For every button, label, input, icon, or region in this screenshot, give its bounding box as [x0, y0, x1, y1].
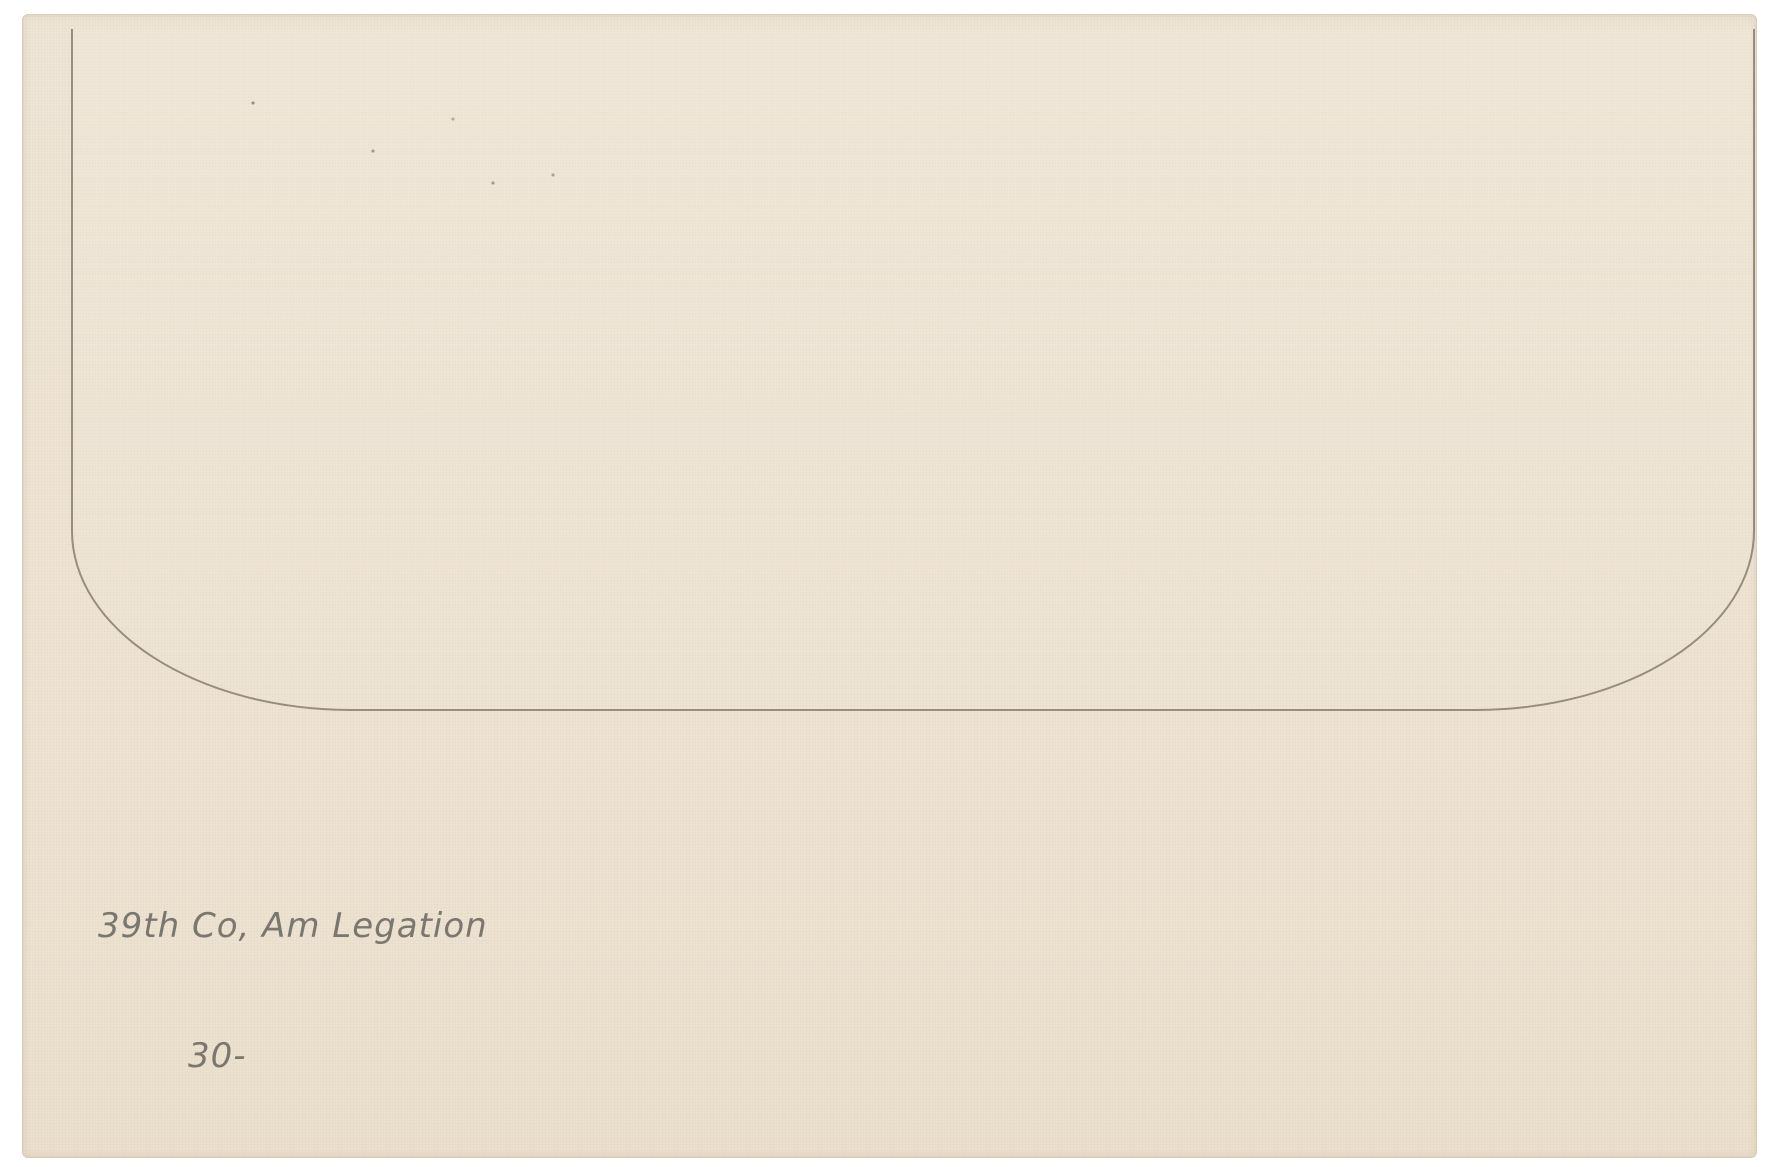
envelope-back [22, 14, 1757, 1158]
foxing-spots [213, 55, 613, 215]
pencil-note-unit: 39th Co, Am Legation [98, 906, 488, 946]
pencil-note-price: 30- [188, 1036, 247, 1076]
